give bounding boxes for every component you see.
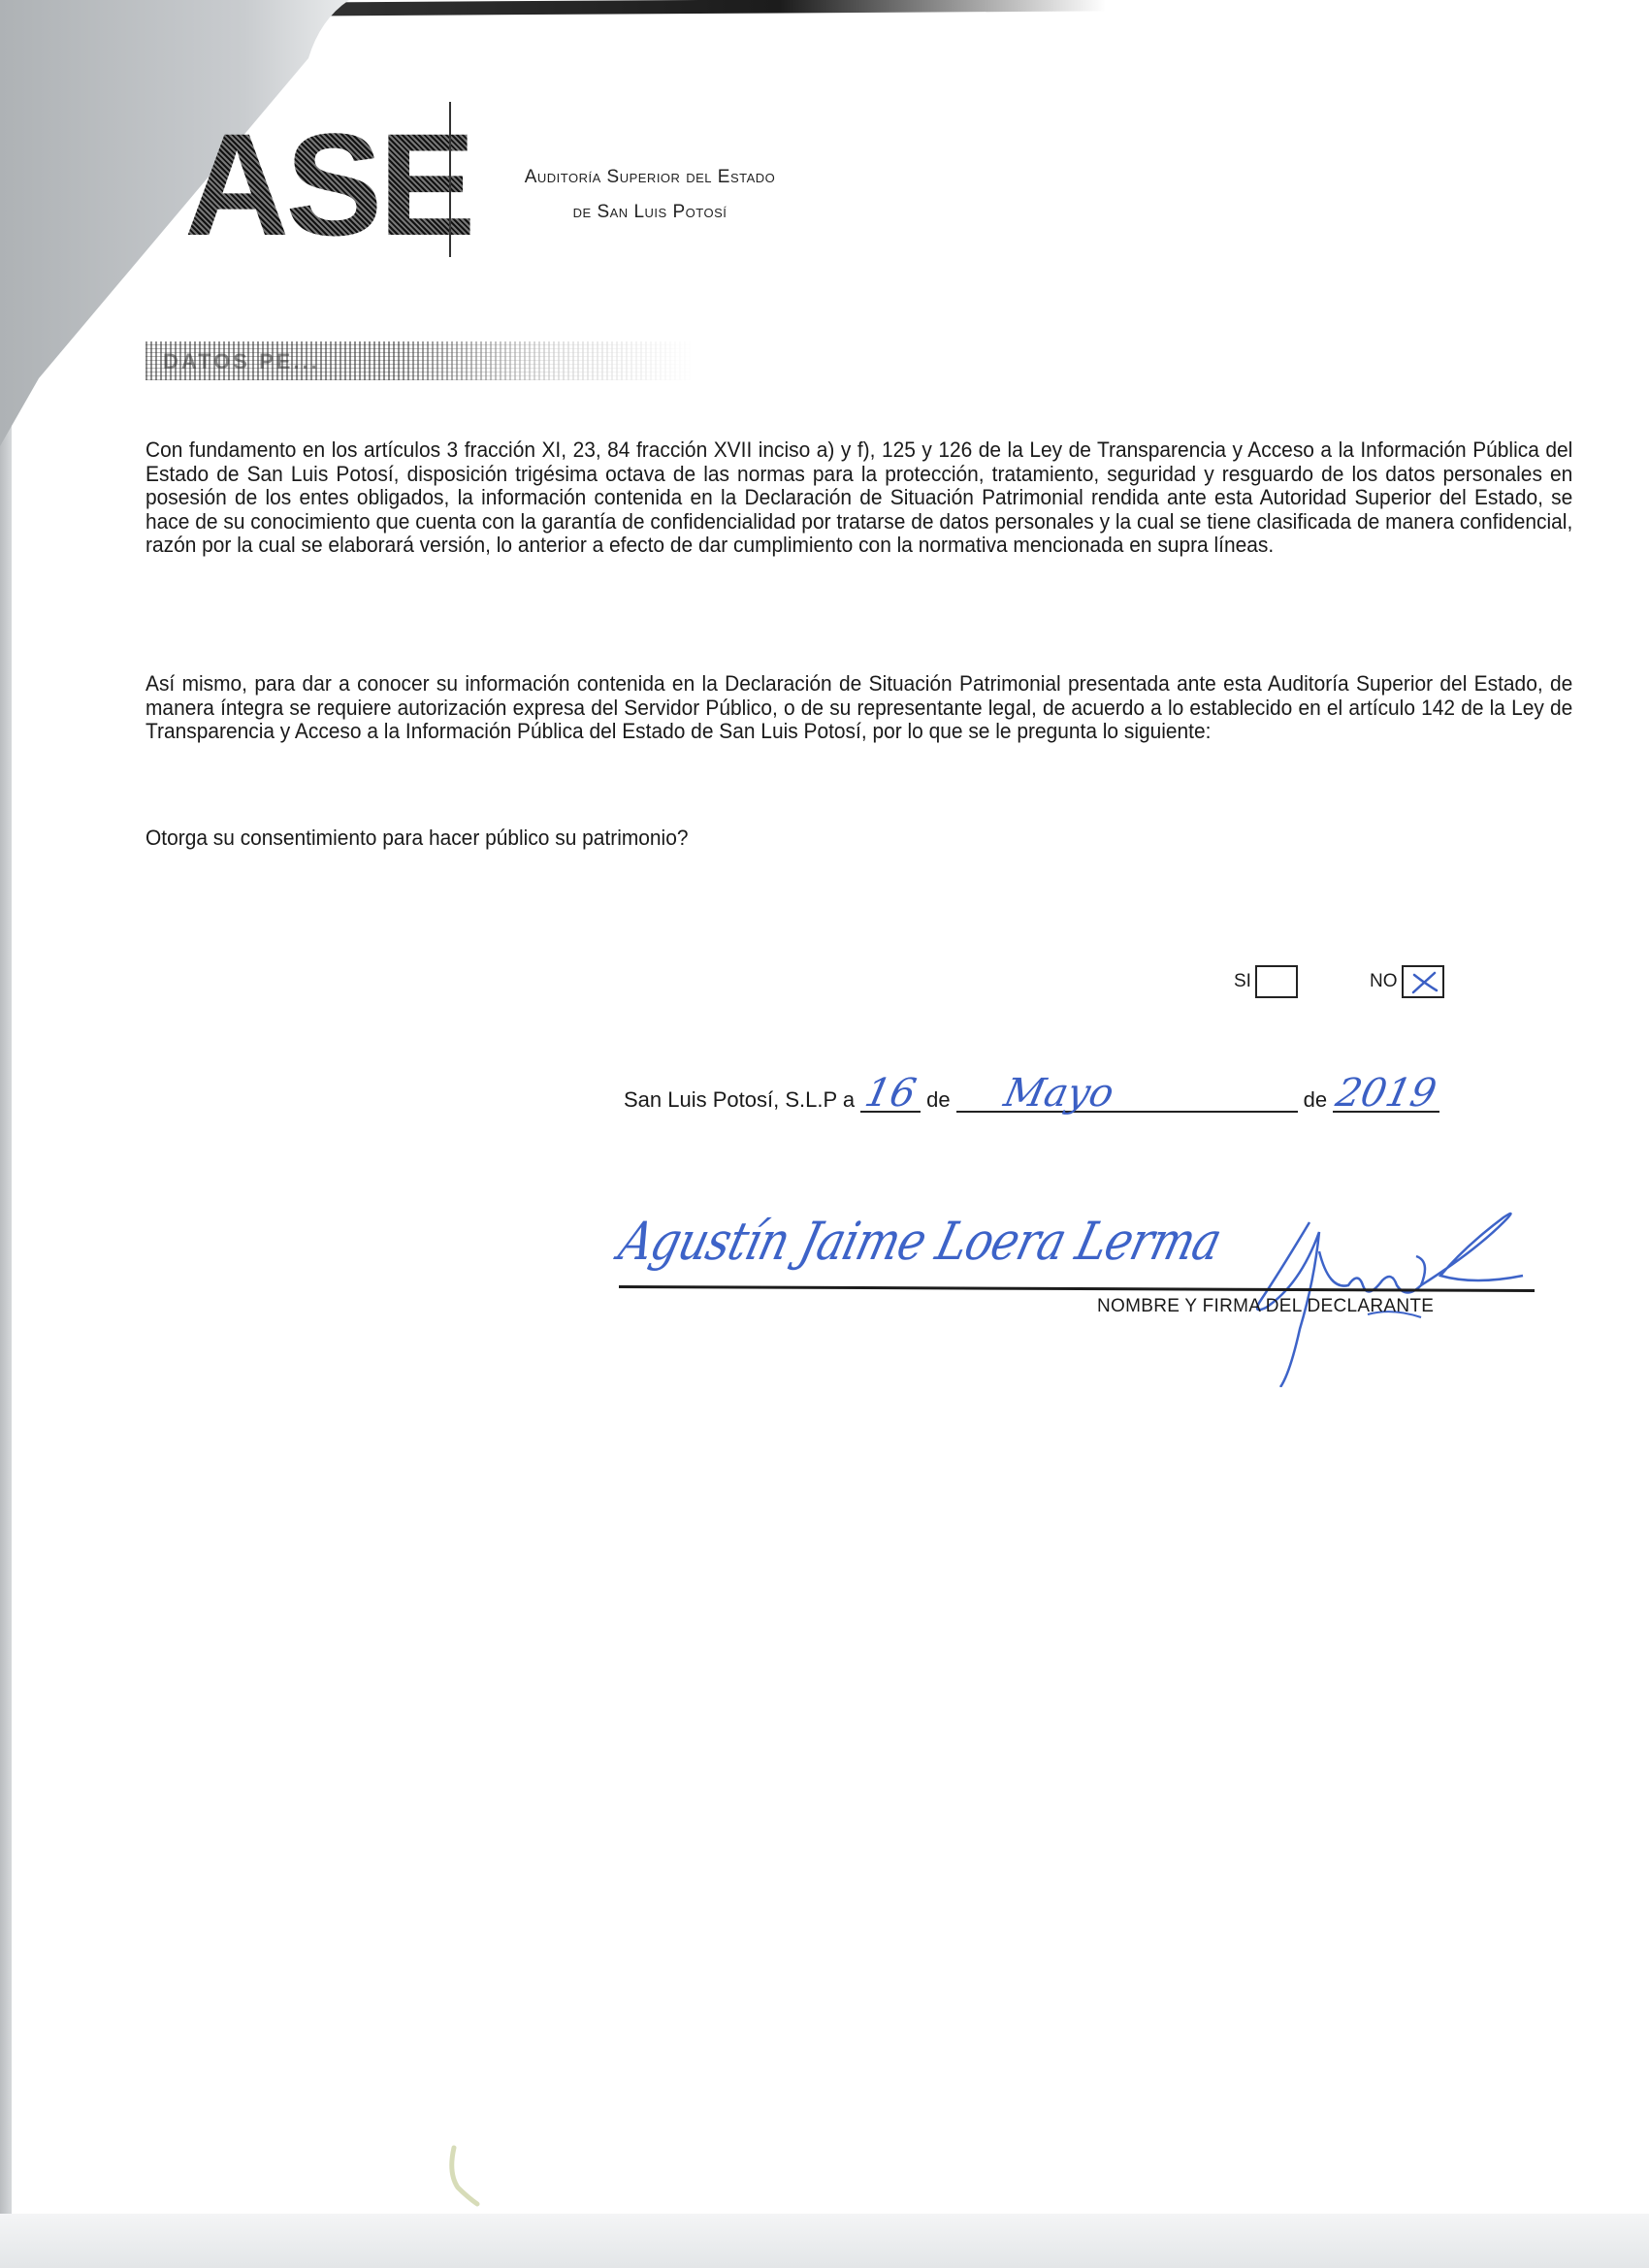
month-field[interactable]: Mayo [956, 1082, 1298, 1113]
handwritten-name: Agustín Jaime Loera Lerma [614, 1213, 1227, 1271]
header-divider [449, 102, 451, 257]
institution-line-2: de San Luis Potosí [490, 195, 810, 230]
paragraph-1-text: Con fundamento en los artículos 3 fracci… [145, 438, 1572, 558]
date-connector-2: de [1304, 1087, 1327, 1113]
paragraph-consent-request: Así mismo, para dar a conocer su informa… [145, 672, 1572, 744]
paragraph-legal-basis: Con fundamento en los artículos 3 fracci… [145, 438, 1572, 558]
no-label: NO [1370, 971, 1398, 992]
x-mark-icon [1410, 969, 1439, 996]
institution-line-1: Auditoría Superior del Estado [490, 160, 810, 195]
consent-question: Otorga su consentimiento para hacer públ… [145, 826, 1572, 851]
date-prefix: San Luis Potosí, S.L.P a [624, 1087, 855, 1113]
yes-checkbox[interactable] [1255, 965, 1298, 998]
logo-text: ASE [184, 121, 471, 247]
scan-speck [446, 2144, 485, 2212]
question-text: Otorga su consentimiento para hacer públ… [145, 826, 1572, 851]
folded-corner [0, 0, 1649, 2268]
date-line: San Luis Potosí, S.L.P a 16 de Mayo de 2… [624, 1082, 1445, 1113]
date-connector-1: de [926, 1087, 950, 1113]
ase-logo: ASE [184, 107, 471, 247]
signature-caption: NOMBRE Y FIRMA DEL DECLARANTE [1097, 1296, 1434, 1317]
yes-label: SI [1234, 971, 1251, 992]
no-checkbox[interactable] [1402, 965, 1444, 998]
year-field[interactable]: 2019 [1333, 1082, 1439, 1113]
redacted-heading: DATOS PE... [145, 341, 698, 380]
paragraph-2-text: Así mismo, para dar a conocer su informa… [145, 672, 1572, 744]
year-value: 2019 [1329, 1074, 1444, 1113]
consent-yes[interactable]: SI [1234, 965, 1298, 998]
scan-left-edge [0, 0, 12, 2268]
scan-bottom-edge [0, 2214, 1649, 2268]
institution-name: Auditoría Superior del Estado de San Lui… [490, 160, 810, 230]
consent-no[interactable]: NO [1370, 965, 1444, 998]
redacted-heading-text: DATOS PE... [163, 349, 320, 374]
scan-top-edge [291, 0, 1106, 16]
day-field[interactable]: 16 [860, 1082, 921, 1113]
month-value: Mayo [952, 1074, 1302, 1113]
day-value: 16 [857, 1074, 925, 1113]
